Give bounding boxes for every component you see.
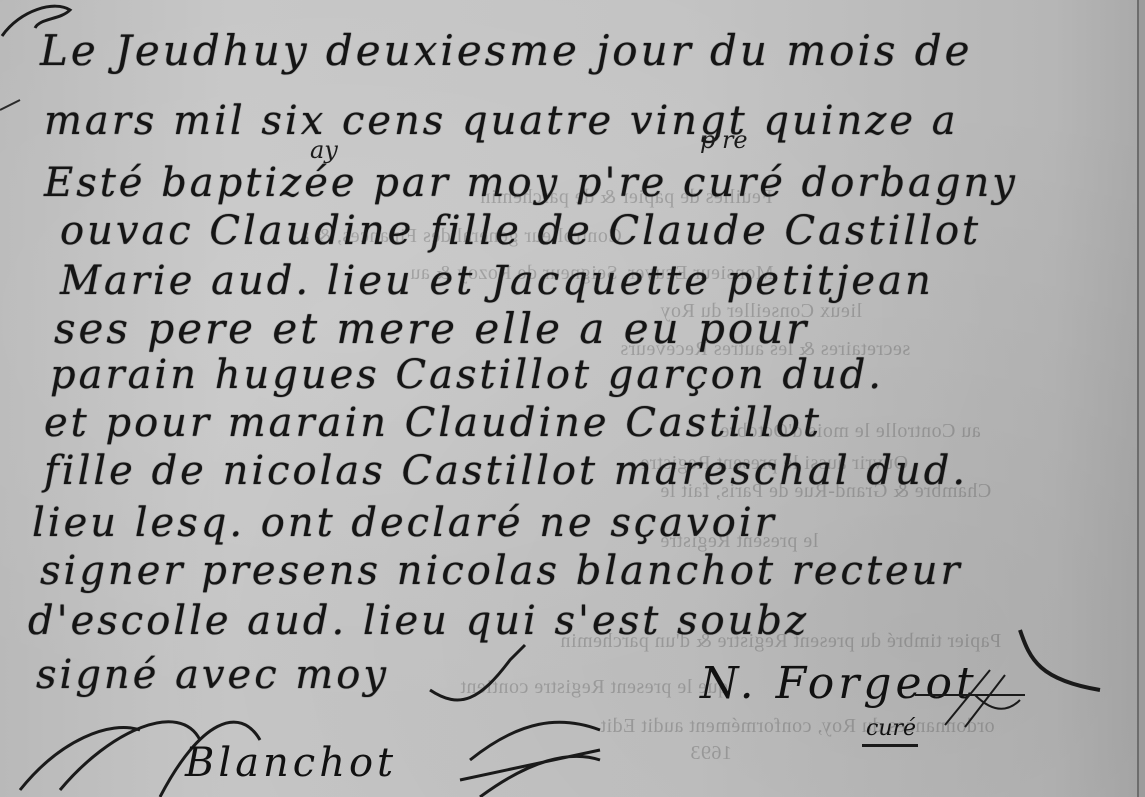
manuscript-line-9: fille de nicolas Castillot mareschal dud… [44,448,968,494]
manuscript-line-13: signé avec moy [36,652,389,698]
manuscript-page: Feuilles de papier & de parchemin Contro… [0,0,1145,797]
manuscript-line-11: signer presens nicolas blanchot recteur [40,548,963,594]
manuscript-line-1: Le Jeudhuy deuxiesme jour du mois de [40,26,973,75]
manuscript-line-12: d'escolle aud. lieu qui s'est soubz [28,598,809,644]
manuscript-line-4: ouvac Claudine fille de Claude Castillot [60,208,981,254]
manuscript-line-7: parain hugues Castillot garçon dud. [50,352,884,398]
page-edge-shade [1139,0,1145,797]
manuscript-line-10: lieu lesq. ont declaré ne sçavoir [32,500,777,546]
bleed-through-line: 1693 [690,742,732,765]
manuscript-line-2: mars mil six cens quatre vingt quinze a [44,98,959,144]
superscript-ay: ay [310,136,338,164]
signature-witness: Blanchot [185,740,397,786]
priest-title-underline [862,744,918,747]
manuscript-line-8: et pour marain Claudine Castillot [44,400,822,446]
manuscript-line-3: Esté baptizée par moy p're curé dorbagny [44,160,1018,206]
manuscript-line-6: ses pere et mere elle a eu pour [54,304,809,353]
manuscript-line-5: Marie aud. lieu et Jacquette petitjean [60,258,934,304]
superscript-pre: p're [700,126,748,154]
priest-paraph [915,655,1035,735]
signature-priest-title: curé [866,716,916,741]
